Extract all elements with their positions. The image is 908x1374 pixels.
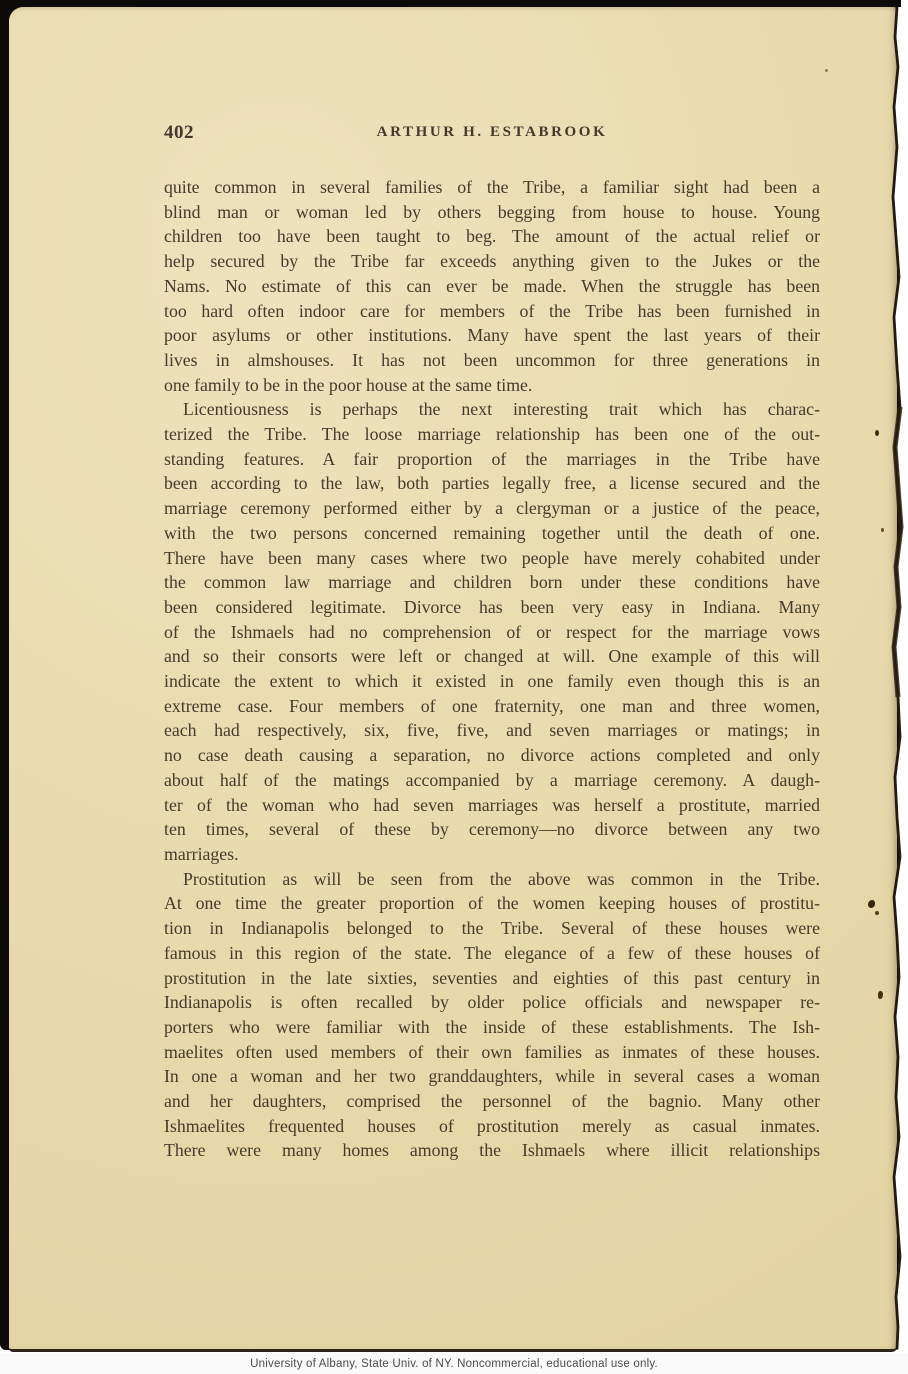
text-line: been according to the law, both parties …	[164, 471, 820, 496]
text-line: Indianapolis is often recalled by older …	[164, 990, 820, 1015]
text-line: Ishmaelites frequented houses of prostit…	[164, 1114, 820, 1139]
scan-page: 402 ARTHUR H. ESTABROOK quite common in …	[9, 7, 897, 1352]
text-line: porters who were familiar with the insid…	[164, 1015, 820, 1040]
text-line: Nams. No estimate of this can ever be ma…	[164, 274, 820, 299]
text-line: too hard often indoor care for members o…	[164, 299, 820, 324]
text-line: been considered legitimate. Divorce has …	[164, 595, 820, 620]
text-line: standing features. A fair proportion of …	[164, 447, 820, 472]
text-line: tion in Indianapolis belonged to the Tri…	[164, 916, 820, 941]
text-line: ter of the woman who had seven marriages…	[164, 793, 820, 818]
foxing-speck	[825, 69, 828, 72]
text-line: poor asylums or other institutions. Many…	[164, 323, 820, 348]
deckle-edge	[888, 7, 904, 1349]
body-text: quite common in several families of the …	[164, 175, 820, 1163]
foxing-speck	[881, 528, 884, 532]
text-line: help secured by the Tribe far exceeds an…	[164, 249, 820, 274]
text-line: There have been many cases where two peo…	[164, 546, 820, 571]
text-line: about half of the matings accompanied by…	[164, 768, 820, 793]
text-line: and so their consorts were left or chang…	[164, 644, 820, 669]
text-line: terized the Tribe. The loose marriage re…	[164, 422, 820, 447]
text-line: There were many homes among the Ishmaels…	[164, 1138, 820, 1163]
text-line: At one time the greater proportion of th…	[164, 891, 820, 916]
text-line: no case death causing a separation, no d…	[164, 743, 820, 768]
text-line: famous in this region of the state. The …	[164, 941, 820, 966]
paragraph: Licentiousness is perhaps the next inter…	[164, 397, 820, 866]
text-line: indicate the extent to which it existed …	[164, 669, 820, 694]
text-line: lives in almshouses. It has not been unc…	[164, 348, 820, 373]
text-line: Prostitution as will be seen from the ab…	[164, 867, 820, 892]
text-line: quite common in several families of the …	[164, 175, 820, 200]
text-line: maelites often used members of their own…	[164, 1040, 820, 1065]
paragraph: quite common in several families of the …	[164, 175, 820, 397]
text-line: one family to be in the poor house at th…	[164, 373, 820, 398]
text-line: marriages.	[164, 842, 820, 867]
running-header: ARTHUR H. ESTABROOK	[164, 124, 820, 141]
text-line: prostitution in the late sixties, sevent…	[164, 966, 820, 991]
text-line: extreme case. Four members of one frater…	[164, 694, 820, 719]
text-line: of the Ishmaels had no comprehension of …	[164, 620, 820, 645]
text-line: each had respectively, six, five, five, …	[164, 718, 820, 743]
foxing-speck	[878, 991, 883, 999]
text-line: ten times, several of these by ceremony—…	[164, 817, 820, 842]
text-line: Licentiousness is perhaps the next inter…	[164, 397, 820, 422]
text-line: blind man or woman led by others begging…	[164, 200, 820, 225]
text-line: and her daughters, comprised the personn…	[164, 1089, 820, 1114]
text-line: the common law marriage and children bor…	[164, 570, 820, 595]
foxing-speck	[875, 911, 879, 915]
footer-attribution-bar: University of Albany, State Univ. of NY.…	[0, 1353, 908, 1374]
text-line: In one a woman and her two granddaughter…	[164, 1064, 820, 1089]
text-line: marriage ceremony performed either by a …	[164, 496, 820, 521]
text-line: with the two persons concerned remaining…	[164, 521, 820, 546]
foxing-speck	[868, 900, 875, 908]
foxing-speck	[875, 430, 879, 436]
paragraph: Prostitution as will be seen from the ab…	[164, 867, 820, 1163]
text-line: children too have been taught to beg. Th…	[164, 224, 820, 249]
footer-attribution: University of Albany, State Univ. of NY.…	[250, 1358, 658, 1370]
